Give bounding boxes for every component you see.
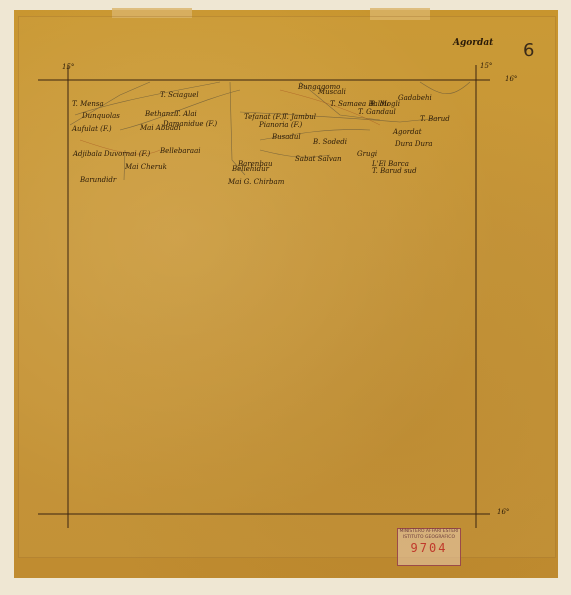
- place-label: Mai Cheruk: [125, 163, 167, 171]
- place-label: T. Mensa: [72, 100, 104, 108]
- place-label: T. Jambul: [283, 113, 316, 121]
- place-label: Bethanzi: [145, 110, 176, 118]
- sheet-title: Agordat: [453, 38, 493, 48]
- place-label: B. Mogli: [370, 100, 400, 108]
- place-label: Grugi: [357, 150, 377, 158]
- grid-label-right-top: 16°: [505, 75, 517, 83]
- place-label: Duvornai (F.): [104, 150, 150, 158]
- place-label: T. Barud: [420, 115, 450, 123]
- place-label: Dunquolas: [82, 112, 120, 120]
- grid-label-top-left: 15°: [62, 63, 74, 71]
- place-label: T. Alai: [175, 110, 197, 118]
- map-linework: [0, 0, 571, 595]
- place-label: Mai Abbadi: [140, 124, 181, 132]
- stamp-number: 9704: [398, 541, 460, 555]
- place-label: Sabat Salvan: [295, 155, 342, 163]
- place-label: Adjibala: [73, 150, 102, 158]
- place-label: Agordat: [393, 128, 422, 136]
- place-label: Dura Dura: [395, 140, 433, 148]
- place-label: Busadul: [272, 133, 301, 141]
- place-label: B. Sodedi: [313, 138, 347, 146]
- place-label: Mai G. Chirbam: [228, 178, 284, 186]
- place-label: Tefanat (F.): [244, 113, 284, 121]
- place-label: T. Gandaul: [358, 108, 396, 116]
- place-label: Bellebaraai: [160, 147, 201, 155]
- place-label: T. Barud sud: [372, 167, 417, 175]
- place-label: Pianoria (F.): [259, 121, 302, 129]
- sheet-number: 6: [523, 40, 534, 61]
- place-label: Bellehidur: [232, 165, 269, 173]
- place-label: Gadabehi: [398, 94, 432, 102]
- grid-label-bottom-right: 16°: [497, 508, 509, 516]
- place-label: T. Sciaguel: [160, 91, 199, 99]
- archive-stamp: MINISTERO AFFARI ESTERI ISTITUTO GEOGRAF…: [397, 528, 461, 566]
- place-label: Aufulat (F.): [72, 125, 112, 133]
- place-label: Barundidr: [80, 176, 116, 184]
- place-label: Muscali: [318, 88, 346, 96]
- grid-label-top-right: 15°: [480, 62, 492, 70]
